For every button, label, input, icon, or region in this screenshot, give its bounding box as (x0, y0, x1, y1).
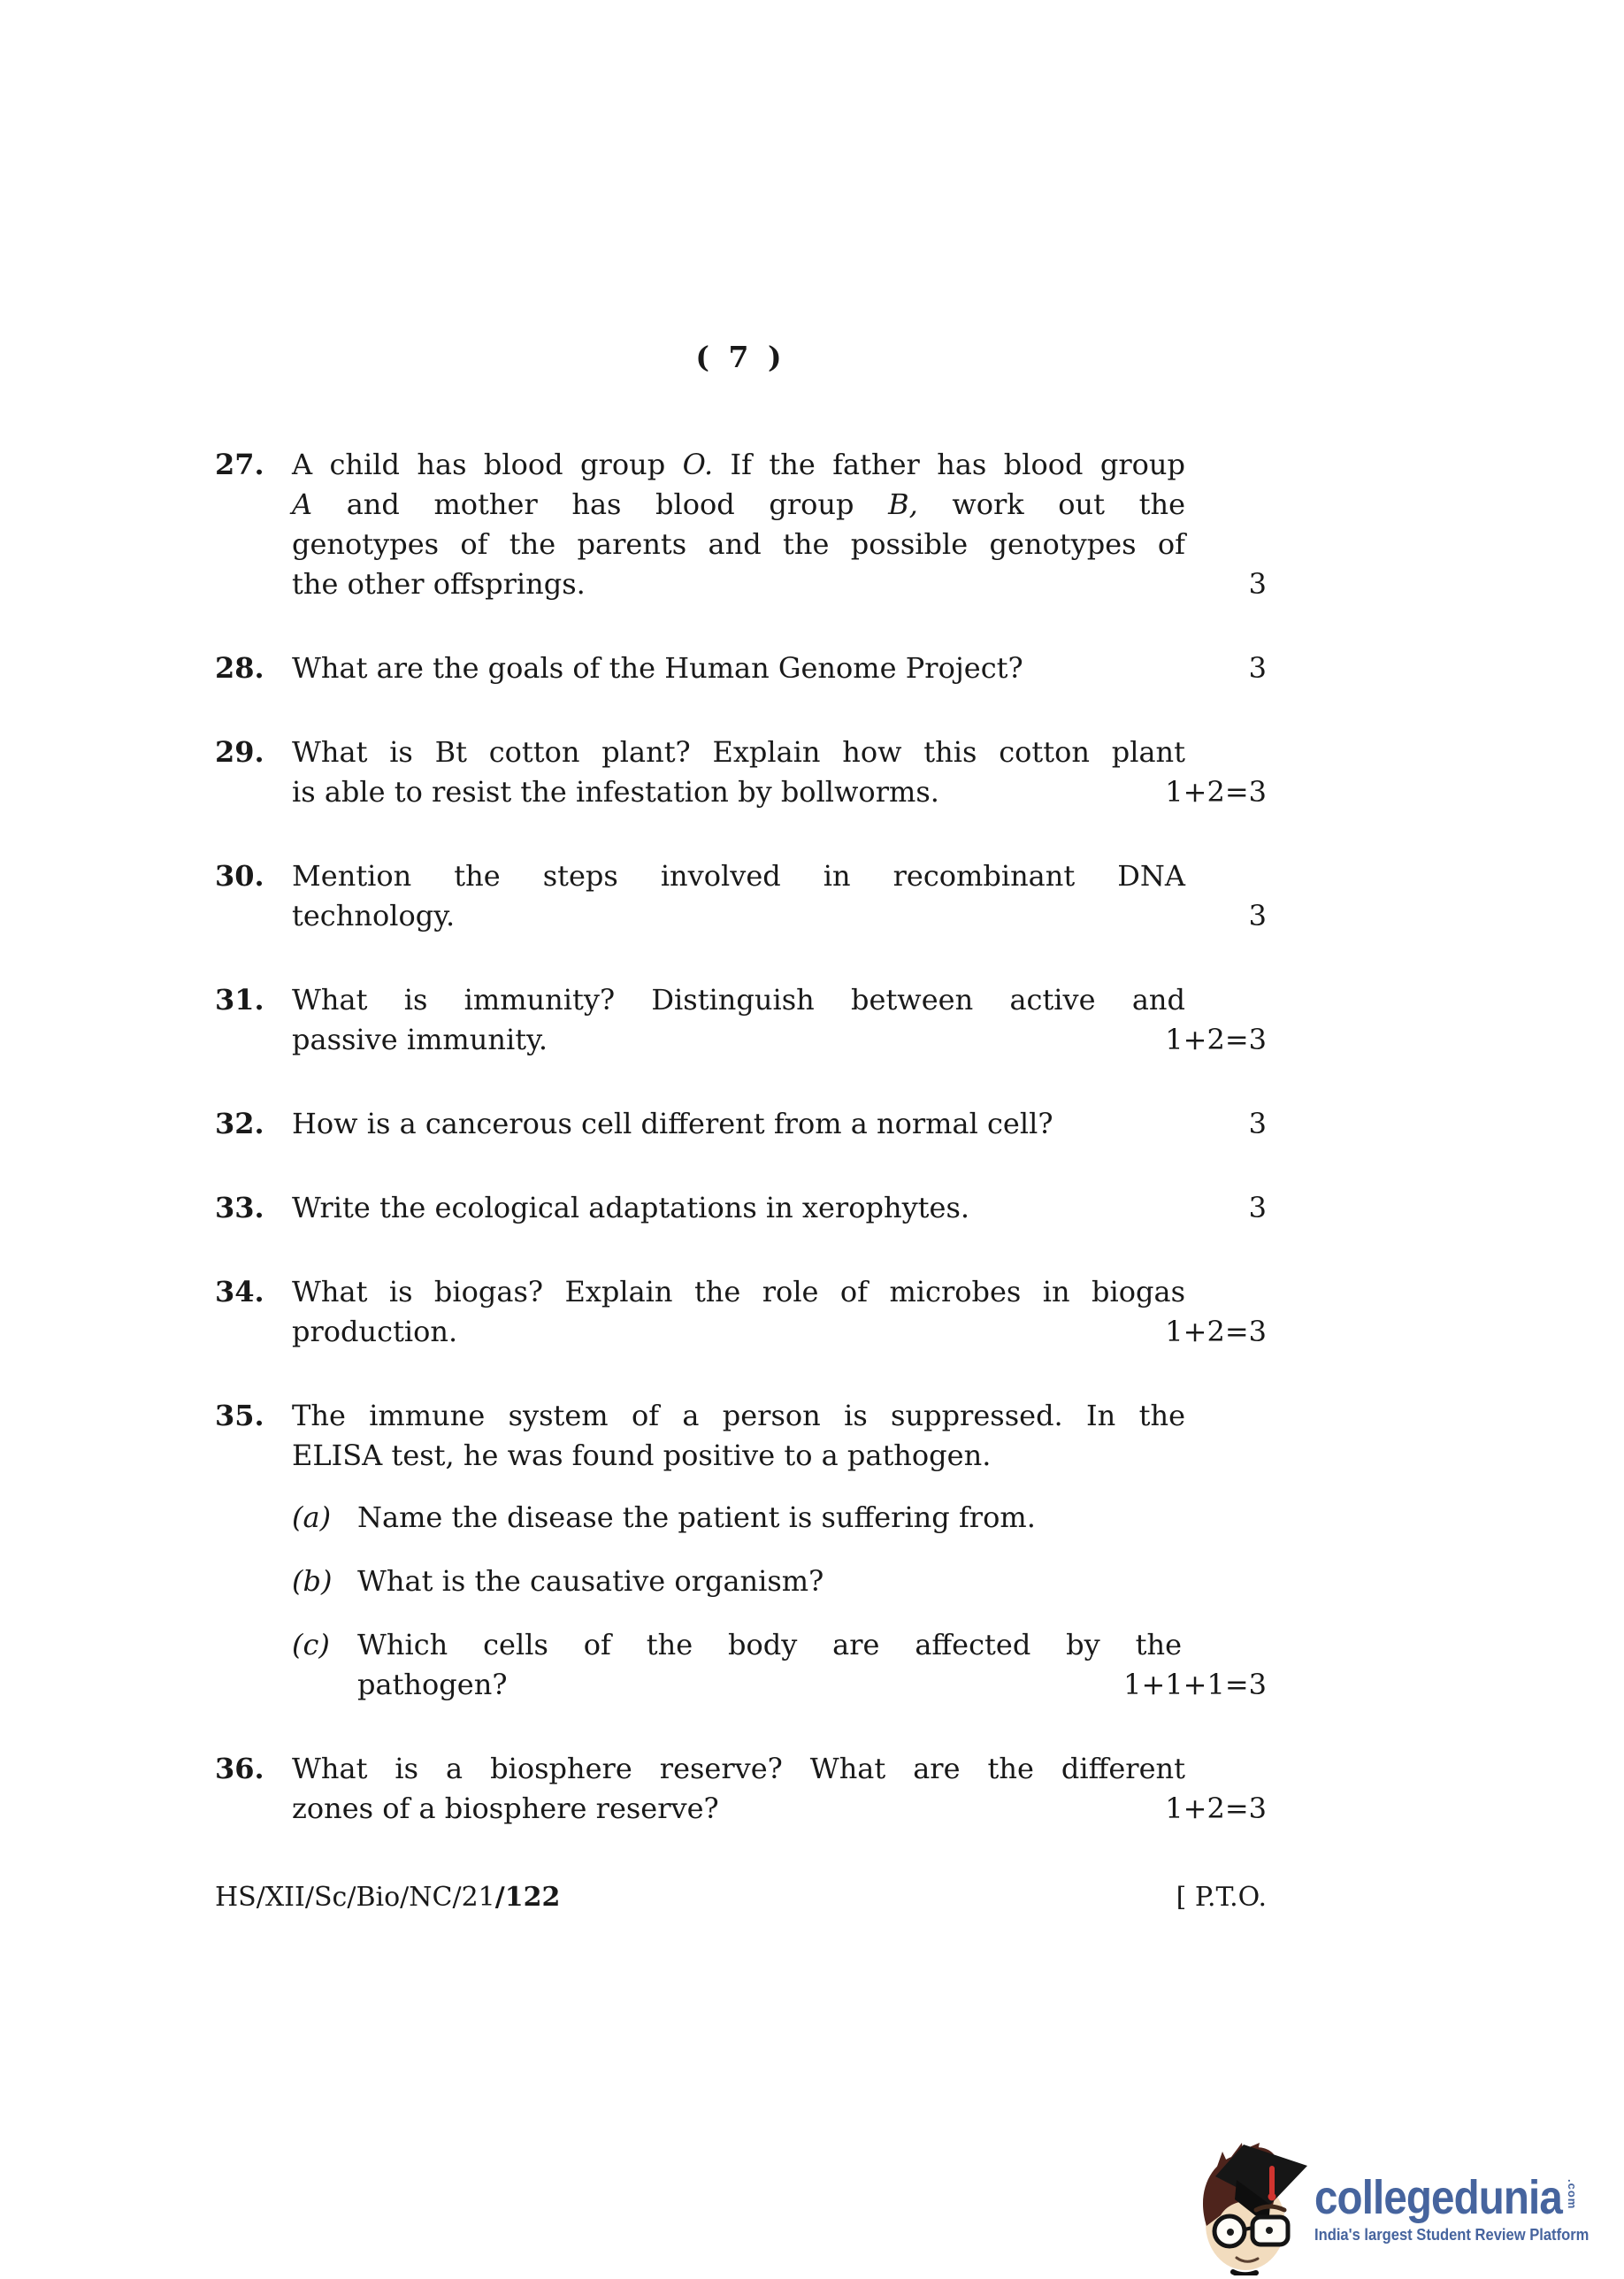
question-number: 28. (215, 648, 292, 688)
question-paragraph: Mention the steps involved in recombinan… (292, 856, 1185, 936)
question-35: 35.The immune system of a person is supp… (215, 1396, 1267, 1705)
marks-value: 1+2=3 (1165, 1020, 1267, 1060)
question-body: What is a biosphere reserve? What are th… (292, 1749, 1267, 1829)
question-paragraph: The immune system of a person is suppres… (292, 1396, 1185, 1476)
question-paragraph: What is Bt cotton plant? Explain how thi… (292, 733, 1185, 812)
question-number: 33. (215, 1188, 292, 1228)
subitem-b: (b)What is the causative organism? (292, 1562, 1267, 1601)
question-body: What is immunity? Distinguish between ac… (292, 980, 1267, 1060)
questions-list: 27.A child has blood group O. If the fat… (215, 445, 1267, 1873)
question-body: What are the goals of the Human Genome P… (292, 648, 1267, 688)
footer-paper-code-bold: /122 (495, 1882, 561, 1913)
subitem-label: (c) (292, 1625, 357, 1705)
question-paragraph: How is a cancerous cell different from a… (292, 1104, 1185, 1144)
question-line: pathogen? (357, 1665, 1182, 1705)
question-32: 32.How is a cancerous cell different fro… (215, 1104, 1267, 1144)
question-number: 27. (215, 445, 292, 604)
collegedunia-dotcom-text: .com (1566, 2179, 1579, 2214)
question-number: 29. (215, 733, 292, 812)
question-line: passive immunity. (292, 1020, 1185, 1060)
question-line: Name the disease the patient is sufferin… (357, 1498, 1182, 1538)
question-body: The immune system of a person is suppres… (292, 1396, 1267, 1705)
subitem-a: (a)Name the disease the patient is suffe… (292, 1498, 1267, 1538)
question-line: What is a biosphere reserve? What are th… (292, 1749, 1185, 1789)
question-subitems: (a)Name the disease the patient is suffe… (292, 1498, 1267, 1705)
marks-value: 1+2=3 (1165, 1789, 1267, 1829)
subitem-body: Name the disease the patient is sufferin… (357, 1498, 1267, 1538)
question-body: Write the ecological adaptations in xero… (292, 1188, 1267, 1228)
marks-value: 3 (1249, 896, 1267, 936)
question-line: Mention the steps involved in recombinan… (292, 856, 1185, 896)
question-line: genotypes of the parents and the possibl… (292, 525, 1185, 564)
collegedunia-wordmark: collegedunia .com India's largest Studen… (1314, 2172, 1613, 2244)
question-number: 36. (215, 1749, 292, 1829)
marks-value: 3 (1249, 1104, 1267, 1144)
marks-value: 1+2=3 (1165, 772, 1267, 812)
question-paragraph: Write the ecological adaptations in xero… (292, 1188, 1185, 1228)
question-body: A child has blood group O. If the father… (292, 445, 1267, 604)
question-body: What is Bt cotton plant? Explain how thi… (292, 733, 1267, 812)
question-30: 30.Mention the steps involved in recombi… (215, 856, 1267, 936)
question-line: What is Bt cotton plant? Explain how thi… (292, 733, 1185, 772)
question-paragraph: Name the disease the patient is sufferin… (357, 1498, 1182, 1538)
question-number: 35. (215, 1396, 292, 1705)
marks-value: 1+2=3 (1165, 1312, 1267, 1352)
subitem-body: What is the causative organism? (357, 1562, 1267, 1601)
collegedunia-tagline: India's largest Student Review Platform (1314, 2225, 1589, 2244)
question-line: What is immunity? Distinguish between ac… (292, 980, 1185, 1020)
question-31: 31.What is immunity? Distinguish between… (215, 980, 1267, 1060)
subitem-label: (a) (292, 1498, 357, 1538)
question-line: How is a cancerous cell different from a… (292, 1104, 1185, 1144)
question-34: 34.What is biogas? Explain the role of m… (215, 1272, 1267, 1352)
question-33: 33.Write the ecological adaptations in x… (215, 1188, 1267, 1228)
question-paragraph: What is biogas? Explain the role of micr… (292, 1272, 1185, 1352)
question-body: Mention the steps involved in recombinan… (292, 856, 1267, 936)
question-body: What is biogas? Explain the role of micr… (292, 1272, 1267, 1352)
question-line: What is biogas? Explain the role of micr… (292, 1272, 1185, 1312)
question-line: production. (292, 1312, 1185, 1352)
subitem-label: (b) (292, 1562, 357, 1601)
collegedunia-mascot-icon (1192, 2141, 1309, 2275)
question-number: 34. (215, 1272, 292, 1352)
question-paragraph: A child has blood group O. If the father… (292, 445, 1185, 604)
question-paragraph: What are the goals of the Human Genome P… (292, 648, 1185, 688)
subitem-c: (c)Which cells of the body are affected … (292, 1625, 1267, 1705)
question-line: A child has blood group O. If the father… (292, 445, 1185, 485)
question-line: ELISA test, he was found positive to a p… (292, 1436, 1185, 1476)
footer-paper-code: HS/XII/Sc/Bio/NC/21/122 (215, 1879, 560, 1916)
marks-value: 3 (1249, 1188, 1267, 1228)
question-body: How is a cancerous cell different from a… (292, 1104, 1267, 1144)
question-line: zones of a biosphere reserve? (292, 1789, 1185, 1829)
subitem-body: Which cells of the body are affected by … (357, 1625, 1267, 1705)
question-29: 29.What is Bt cotton plant? Explain how … (215, 733, 1267, 812)
question-36: 36.What is a biosphere reserve? What are… (215, 1749, 1267, 1829)
question-line: the other offsprings. (292, 564, 1185, 604)
question-line: What is the causative organism? (357, 1562, 1182, 1601)
question-28: 28.What are the goals of the Human Genom… (215, 648, 1267, 688)
exam-paper-page: ( 7 ) 27.A child has blood group O. If t… (0, 0, 1624, 2279)
question-paragraph: What is a biosphere reserve? What are th… (292, 1749, 1185, 1829)
question-paragraph: What is immunity? Distinguish between ac… (292, 980, 1185, 1060)
question-line: The immune system of a person is suppres… (292, 1396, 1185, 1436)
page-number: ( 7 ) (215, 337, 1267, 377)
marks-value: 3 (1249, 564, 1267, 604)
collegedunia-brand-text: collegedunia (1314, 2172, 1562, 2223)
marks-value: 1+1+1=3 (1123, 1665, 1267, 1705)
question-line: Write the ecological adaptations in xero… (292, 1188, 1185, 1228)
marks-value: 3 (1249, 648, 1267, 688)
question-line: A and mother has blood group B, work out… (292, 485, 1185, 525)
question-line: What are the goals of the Human Genome P… (292, 648, 1185, 688)
footer: HS/XII/Sc/Bio/NC/21/122 [ P.T.O. (215, 1879, 1267, 1916)
question-number: 30. (215, 856, 292, 936)
question-paragraph: What is the causative organism? (357, 1562, 1182, 1601)
footer-pto: [ P.T.O. (1176, 1879, 1267, 1916)
question-number: 32. (215, 1104, 292, 1144)
question-line: Which cells of the body are affected by … (357, 1625, 1182, 1665)
question-line: is able to resist the infestation by bol… (292, 772, 1185, 812)
question-27: 27.A child has blood group O. If the fat… (215, 445, 1267, 604)
footer-paper-code-regular: HS/XII/Sc/Bio/NC/21 (215, 1882, 495, 1913)
question-paragraph: Which cells of the body are affected by … (357, 1625, 1182, 1705)
collegedunia-logo: collegedunia .com India's largest Studen… (1192, 2141, 1613, 2275)
question-line: technology. (292, 896, 1185, 936)
question-number: 31. (215, 980, 292, 1060)
